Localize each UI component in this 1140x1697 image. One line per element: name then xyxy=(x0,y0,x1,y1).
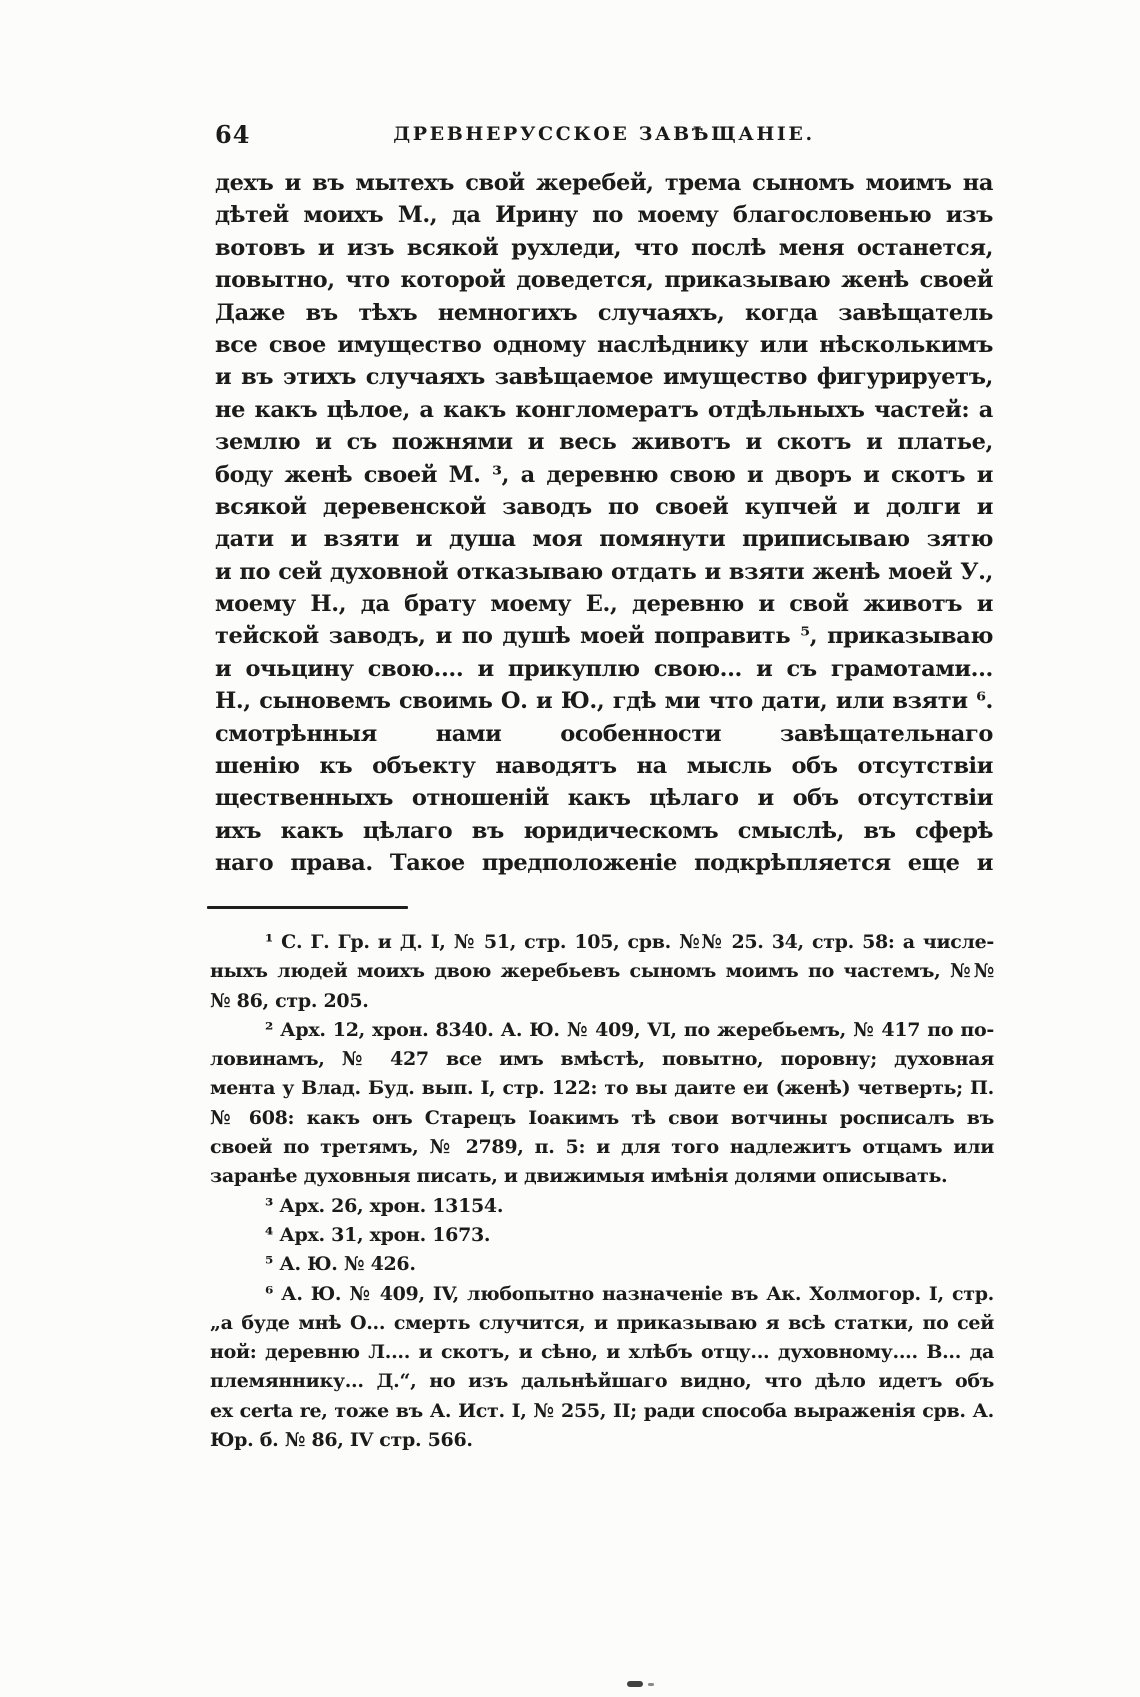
ink-smudge xyxy=(627,1681,643,1687)
text-line: не какъ цѣлое, а какъ конгломератъ отдѣл… xyxy=(215,394,993,426)
footnote-line: ныхъ людей моихъ двою жеребьевъ сыномъ м… xyxy=(210,957,994,986)
footnote-line: заранѣе духовныя писать, и движимыя имѣн… xyxy=(210,1162,994,1191)
footnote-line: ¹ С. Г. Гр. и Д. I, № 51, стр. 105, срв.… xyxy=(210,928,994,957)
ink-smudge xyxy=(648,1683,654,1686)
footnote-line: ³ Арх. 26, хрон. 13154. xyxy=(210,1192,994,1221)
main-text-block: дехъ и въ мытехъ свой жеребей, трема сын… xyxy=(215,167,993,880)
running-title: ДРЕВНЕРУССКОЕ ЗАВѢЩАНІЕ. xyxy=(215,120,993,145)
footnote-line: мента у Влад. Буд. вып. I, стр. 122: то … xyxy=(210,1074,994,1103)
footnote-line: ⁵ А. Ю. № 426. xyxy=(210,1250,994,1279)
text-line: и очьцину свою.... и прикуплю свою... и … xyxy=(215,653,993,685)
footnote-line: ловинамъ, № 427 все имъ вмѣстѣ, повытно,… xyxy=(210,1045,994,1074)
footnote-line: своей по третямъ, № 2789, п. 5: и для то… xyxy=(210,1133,994,1162)
footnote-line: № 86, стр. 205. xyxy=(210,987,994,1016)
footnote-line: № 608: какъ онъ Старецъ Іоакимъ тѣ свои … xyxy=(210,1104,994,1133)
text-line: дати и взяти и душа моя помянути приписы… xyxy=(215,523,993,555)
text-line: щественныхъ отношеній какъ цѣлаго и объ … xyxy=(215,782,993,814)
footnote-line: ной: деревню Л.... и скотъ, и сѣно, и хл… xyxy=(210,1338,994,1367)
footnote-separator-rule xyxy=(207,906,408,909)
text-line: и въ этихъ случаяхъ завѣщаемое имущество… xyxy=(215,361,993,393)
text-line: Н., сыновемъ своимь О. и Ю., гдѣ ми что … xyxy=(215,685,993,717)
text-line: и по сей духовной отказываю отдать и взя… xyxy=(215,556,993,588)
page-number: 64 xyxy=(215,120,250,149)
text-line: тейской заводъ, и по душѣ моей поправить… xyxy=(215,620,993,652)
text-line: дѣтей моихъ М., да Ирину по моему благос… xyxy=(215,199,993,231)
footnotes-block: ¹ С. Г. Гр. и Д. I, № 51, стр. 105, срв.… xyxy=(210,928,994,1455)
text-line: боду женѣ своей М. ³, а деревню свою и д… xyxy=(215,459,993,491)
footnote-line: Юр. б. № 86, IV стр. 566. xyxy=(210,1426,994,1455)
footnote-line: „а буде мнѣ О... смерть случится, и прик… xyxy=(210,1309,994,1338)
text-line: повытно, что которой доведется, приказыв… xyxy=(215,264,993,296)
text-line: ихъ какъ цѣлаго въ юридическомъ смыслѣ, … xyxy=(215,815,993,847)
text-line: всякой деревенской заводъ по своей купче… xyxy=(215,491,993,523)
footnote-line: ex certa re, тоже въ А. Ист. I, № 255, I… xyxy=(210,1397,994,1426)
text-line: смотрѣнныя нами особенности завѣщательна… xyxy=(215,718,993,750)
book-page-scan: 64 ДРЕВНЕРУССКОЕ ЗАВѢЩАНІЕ. дехъ и въ мы… xyxy=(0,0,1140,1697)
footnote-line: ² Арх. 12, хрон. 8340. А. Ю. № 409, VI, … xyxy=(210,1016,994,1045)
footnote-line: ⁴ Арх. 31, хрон. 1673. xyxy=(210,1221,994,1250)
text-line: все свое имущество одному наслѣднику или… xyxy=(215,329,993,361)
text-line: вотовъ и изъ всякой рухледи, что послѣ м… xyxy=(215,232,993,264)
footnote-line: ⁶ А. Ю. № 409, IV, любопытно назначеніе … xyxy=(210,1280,994,1309)
text-line: землю и съ пожнями и весь животъ и скотъ… xyxy=(215,426,993,458)
text-line: Даже въ тѣхъ немногихъ случаяхъ, когда з… xyxy=(215,297,993,329)
page-header: 64 ДРЕВНЕРУССКОЕ ЗАВѢЩАНІЕ. xyxy=(215,120,993,150)
footnote-line: племяннику... Д.“, но изъ дальнѣйшаго ви… xyxy=(210,1367,994,1396)
text-line: наго права. Такое предположеніе подкрѣпл… xyxy=(215,847,993,879)
text-line: моему Н., да брату моему Е., деревню и с… xyxy=(215,588,993,620)
text-line: дехъ и въ мытехъ свой жеребей, трема сын… xyxy=(215,167,993,199)
text-line: шенію къ объекту наводятъ на мысль объ о… xyxy=(215,750,993,782)
